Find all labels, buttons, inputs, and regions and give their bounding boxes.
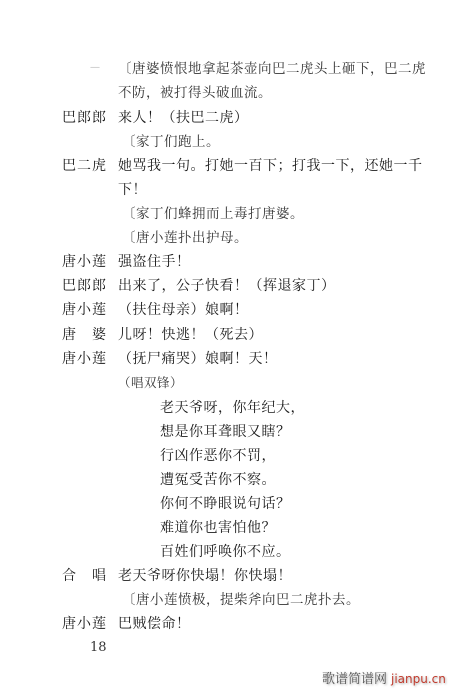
dialogue-line: 来人！（扶巴二虎） [118, 109, 249, 127]
verse-line: 百姓们呼唤你不应。 [160, 543, 291, 561]
verse-line: 想是你耳聋眼又瞎？ [160, 423, 291, 441]
speaker-name: 唐小莲 [62, 253, 107, 271]
verse-line: 行凶作恶你不罚， [160, 447, 276, 465]
speaker-name: 巴二虎 [62, 157, 107, 175]
dialogue-line: （扶住母亲）娘啊！ [118, 301, 249, 319]
speaker-name: 唐小莲 [62, 350, 107, 368]
stage-direction: 〔唐小莲扑出护母。 [122, 229, 248, 247]
stage-direction: （唱双锋） [118, 374, 183, 392]
dialogue-line: 老天爷呀你快塌！你快塌！ [118, 567, 292, 585]
stage-direction: 不防，被打得头破血流。 [118, 84, 272, 102]
dialogue-line: （抚尸痛哭）娘啊！天！ [118, 350, 278, 368]
margin-mark: — [90, 62, 100, 73]
watermark-url: jianpu.cn [391, 672, 446, 686]
stage-direction: 〔家丁们跑上。 [122, 133, 220, 151]
script-page: — 〔唐婆愤恨地拿起茶壶向巴二虎头上砸下，巴二虎 不防，被打得头破血流。 巴郎郎… [0, 0, 473, 690]
speaker-name: 唐小莲 [62, 301, 107, 319]
dialogue-line: 出来了，公子快看！（挥退家丁） [118, 277, 336, 295]
stage-direction: 〔唐小莲愤极，提柴斧向巴二虎扑去。 [122, 591, 360, 609]
stage-direction: 〔家丁们蜂拥而上毒打唐婆。 [122, 205, 304, 223]
page-number: 18 [90, 640, 107, 655]
verse-line: 老天爷呀，你年纪大， [160, 399, 305, 417]
dialogue-line: 下！ [118, 181, 147, 199]
dialogue-line: 强盗住手！ [118, 253, 191, 271]
stage-direction: 〔唐婆愤恨地拿起茶壶向巴二虎头上砸下，巴二虎 [118, 60, 426, 78]
watermark-text: 歌谱简谱网 [322, 672, 387, 687]
speaker-name: 唐 婆 [62, 326, 107, 344]
verse-line: 难道你也害怕他？ [160, 519, 276, 537]
dialogue-line: 她骂我一句。打她一百下；打我一下，还她一千 [118, 157, 423, 175]
verse-line: 你何不睁眼说句话？ [160, 495, 291, 513]
dialogue-line: 儿呀！快逃！（死去） [118, 326, 263, 344]
speaker-name: 唐小莲 [62, 615, 107, 633]
speaker-name: 合 唱 [62, 567, 107, 585]
speaker-name: 巴郎郎 [62, 109, 107, 127]
dialogue-line: 巴贼偿命！ [118, 615, 191, 633]
speaker-name: 巴郎郎 [62, 277, 107, 295]
verse-line: 遭冤受苦你不察。 [160, 471, 276, 489]
watermark: 歌谱简谱网jianpu.cn [322, 668, 446, 687]
